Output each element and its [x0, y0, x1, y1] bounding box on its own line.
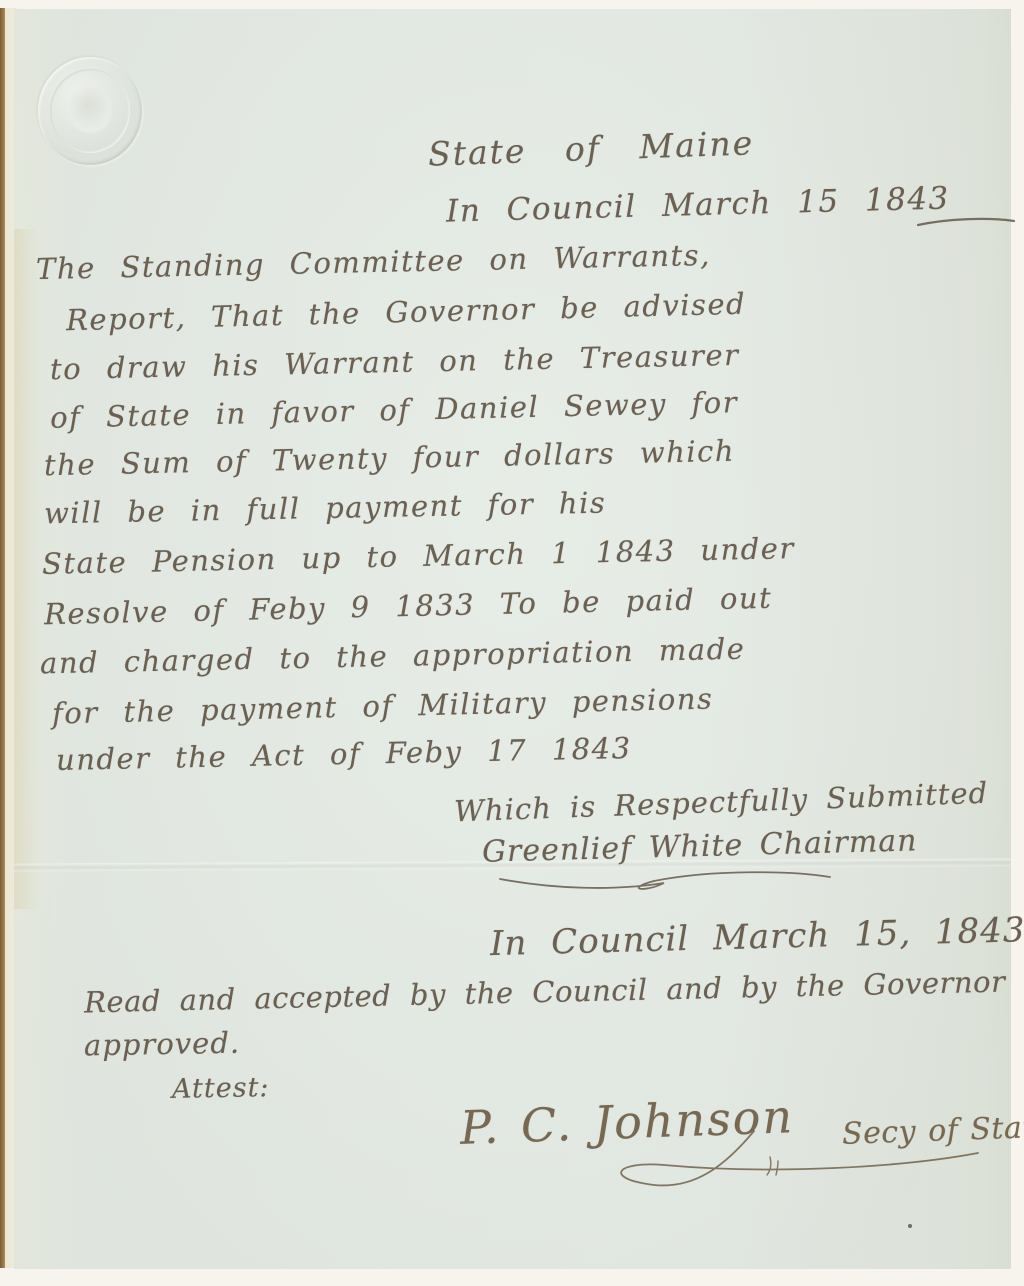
scanned-document-page: { "document": { "kind": "Handwritten cou… [0, 0, 1024, 1286]
body-line: under the Act of Feby 17 1843 [56, 731, 632, 777]
secretary-title: Secy of State. [841, 1109, 1024, 1152]
endorsement-line2: approved. [84, 1026, 241, 1063]
submission-line: Which is Respectfully Submitted [454, 776, 989, 829]
secretary-signature: P. C. Johnson [459, 1089, 795, 1155]
header-place-line: State of Maine [427, 123, 754, 173]
body-line: Resolve of Feby 9 1833 To be paid out [44, 581, 773, 632]
embossed-seal-emblem [68, 85, 112, 133]
endorsement-heading: In Council March 15, 1843. [490, 910, 1024, 964]
body-line: the Sum of Twenty four dollars which [44, 434, 736, 482]
body-line: and charged to the appropriation made [40, 632, 746, 681]
attest-label: Attest: [172, 1072, 270, 1105]
body-line: The Standing Committee on Warrants, [36, 238, 711, 286]
embossed-seal-icon [38, 57, 142, 165]
body-line: will be in full payment for his [44, 486, 607, 531]
scan-background: State of Maine In Council March 15 1843 … [0, 0, 1024, 1286]
body-line: State Pension up to March 1 1843 under [42, 531, 795, 581]
header-session-line: In Council March 15 1843 [446, 180, 951, 229]
paper-sheet: State of Maine In Council March 15 1843 … [14, 9, 1011, 1269]
body-line: of State in favor of Daniel Sewey for [50, 385, 739, 435]
body-line: to draw his Warrant on the Treasurer [50, 338, 740, 386]
ink-speck [908, 1224, 912, 1228]
body-line: for the payment of Military pensions [52, 682, 714, 731]
paper-stain [14, 229, 40, 909]
endorsement-line1: Read and accepted by the Council and by … [84, 965, 1006, 1020]
body-line: Report, That the Governor be advised [66, 287, 747, 338]
